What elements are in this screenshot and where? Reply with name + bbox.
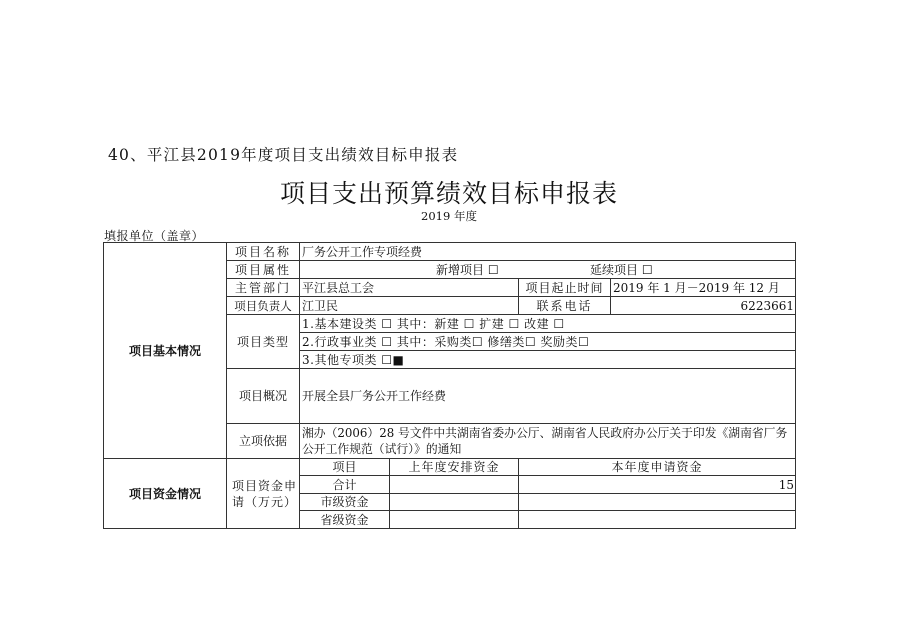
funds-col-item: 项目: [299, 458, 390, 476]
funds-col-this-year: 本年度申请资金: [518, 458, 796, 476]
period-label: 项目起止时间: [518, 278, 611, 297]
project-attribute-label: 项目属性: [226, 260, 300, 279]
project-name-label: 项目名称: [226, 242, 300, 261]
period-value: 2019 年 1 月－2019 年 12 月: [610, 278, 796, 297]
application-form-table: 项目基本情况 项目名称 厂务公开工作专项经费 项目属性 新增项目 ☐ 延续项目 …: [0, 0, 898, 635]
manager-label: 项目负责人: [226, 296, 300, 315]
funds-row-city-last-year: [389, 493, 519, 511]
funds-row-city-this-year: [518, 493, 796, 511]
project-type-option-1[interactable]: 1.基本建设类 ☐ 其中：新建 ☐ 扩建 ☐ 改建 ☐: [299, 314, 796, 333]
funds-request-label: 项目资金申请（万元）: [226, 458, 300, 529]
basis-label: 立项依据: [226, 423, 300, 459]
new-project-checkbox[interactable]: 新增项目 ☐: [436, 262, 499, 278]
project-type-option-2[interactable]: 2.行政事业类 ☐ 其中：采购类☐ 修缮类☐ 奖励类☐: [299, 332, 796, 351]
overview-value: 开展全县厂务公开工作经费: [299, 368, 796, 424]
project-name-value: 厂务公开工作专项经费: [299, 242, 796, 261]
project-type-option-3[interactable]: 3.其他专项类 ☐■: [299, 350, 796, 369]
project-attribute-value: 新增项目 ☐ 延续项目 ☐: [299, 260, 796, 279]
section-funds: 项目资金情况: [103, 458, 227, 529]
funds-row-province-last-year: [389, 510, 519, 529]
basis-value: 湘办（2006）28 号文件中共湖南省委办公厅、湖南省人民政府办公厅关于印发《湖…: [299, 423, 796, 459]
funds-row-total-last-year: [389, 475, 519, 494]
department-value: 平江县总工会: [299, 278, 519, 297]
manager-value: 江卫民: [299, 296, 519, 315]
funds-col-last-year: 上年度安排资金: [389, 458, 519, 476]
phone-label: 联系电话: [518, 296, 611, 315]
funds-row-total-item: 合计: [299, 475, 390, 494]
funds-row-total-this-year: 15: [518, 475, 796, 494]
overview-label: 项目概况: [226, 368, 300, 424]
project-type-label: 项目类型: [226, 314, 300, 369]
funds-row-city-item: 市级资金: [299, 493, 390, 511]
phone-value: 6223661: [610, 296, 796, 315]
funds-row-province-item: 省级资金: [299, 510, 390, 529]
section-basic-info: 项目基本情况: [103, 242, 227, 459]
funds-row-province-this-year: [518, 510, 796, 529]
department-label: 主管部门: [226, 278, 300, 297]
continued-project-checkbox[interactable]: 延续项目 ☐: [590, 262, 653, 278]
